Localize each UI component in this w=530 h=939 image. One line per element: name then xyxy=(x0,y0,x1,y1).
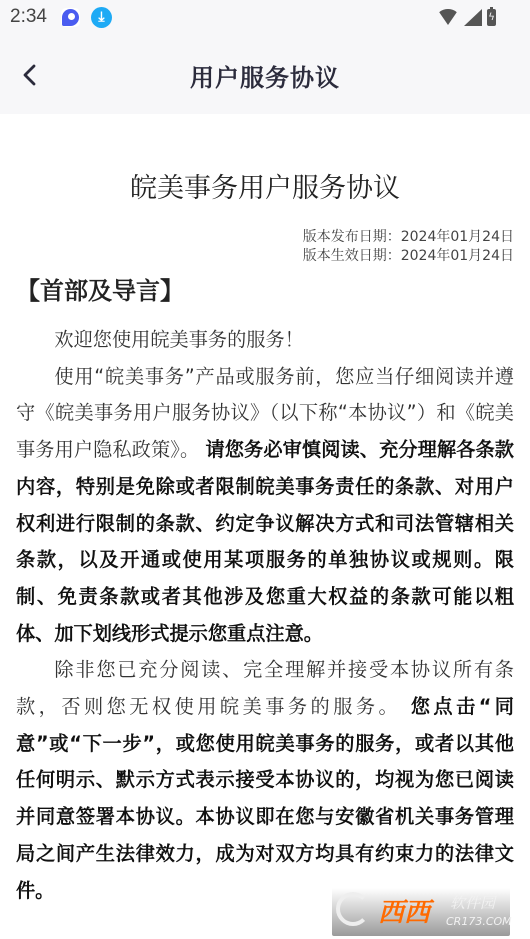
paragraph-consent: 除非您已充分阅读、完全理解并接受本协议所有条款，否则您无权使用皖美事务的服务。 … xyxy=(16,652,514,909)
status-bar: 2:34 ⤓ ϟ xyxy=(0,0,530,36)
download-icon: ⤓ xyxy=(91,7,112,28)
effective-date: 版本生效日期：2024年01月24日 xyxy=(303,247,514,266)
app-bar: 用户服务协议 xyxy=(0,36,530,114)
agreement-content[interactable]: 皖美事务用户服务协议 版本发布日期：2024年01月24日 版本生效日期：202… xyxy=(0,114,530,939)
watermark-brand: 西西 xyxy=(378,892,430,929)
agreement-body: 欢迎您使用皖美事务的服务！ 使用“皖美事务”产品或服务前，您应当仔细阅读并遵守《… xyxy=(16,322,514,909)
battery-charging-icon: ϟ xyxy=(487,9,496,26)
page-title: 用户服务协议 xyxy=(0,58,530,93)
wifi-icon xyxy=(437,9,459,25)
watermark-c-icon xyxy=(336,892,370,926)
cell-signal-icon xyxy=(464,9,482,26)
paragraph-text: 欢迎您使用皖美事务的服务！ xyxy=(54,328,303,351)
version-info: 版本发布日期：2024年01月24日 版本生效日期：2024年01月24日 xyxy=(303,228,514,266)
system-icons: ϟ xyxy=(437,7,496,27)
release-date: 版本发布日期：2024年01月24日 xyxy=(303,228,514,247)
watermark-logo: 西西 软件园 CR173.COM xyxy=(332,888,510,936)
paragraph-bold-text: 您点击“同意”或“下一步”，或您使用皖美事务的服务，或者以其他任何明示、默示方式… xyxy=(16,695,514,902)
document-title: 皖美事务用户服务协议 xyxy=(0,166,530,205)
chat-app-icon xyxy=(61,8,80,27)
watermark-label: 软件园 xyxy=(450,892,495,913)
paragraph-intro: 使用“皖美事务”产品或服务前，您应当仔细阅读并遵守《皖美事务用户服务协议》（以下… xyxy=(16,359,514,653)
section-heading: 【首部及导言】 xyxy=(16,271,184,306)
watermark-url: CR173.COM xyxy=(446,915,512,928)
paragraph-welcome: 欢迎您使用皖美事务的服务！ xyxy=(16,322,514,359)
status-time: 2:34 xyxy=(10,6,47,28)
paragraph-bold-text: 请您务必审慎阅读、充分理解各条款内容，特别是免除或者限制皖美事务责任的条款、对用… xyxy=(16,438,514,645)
